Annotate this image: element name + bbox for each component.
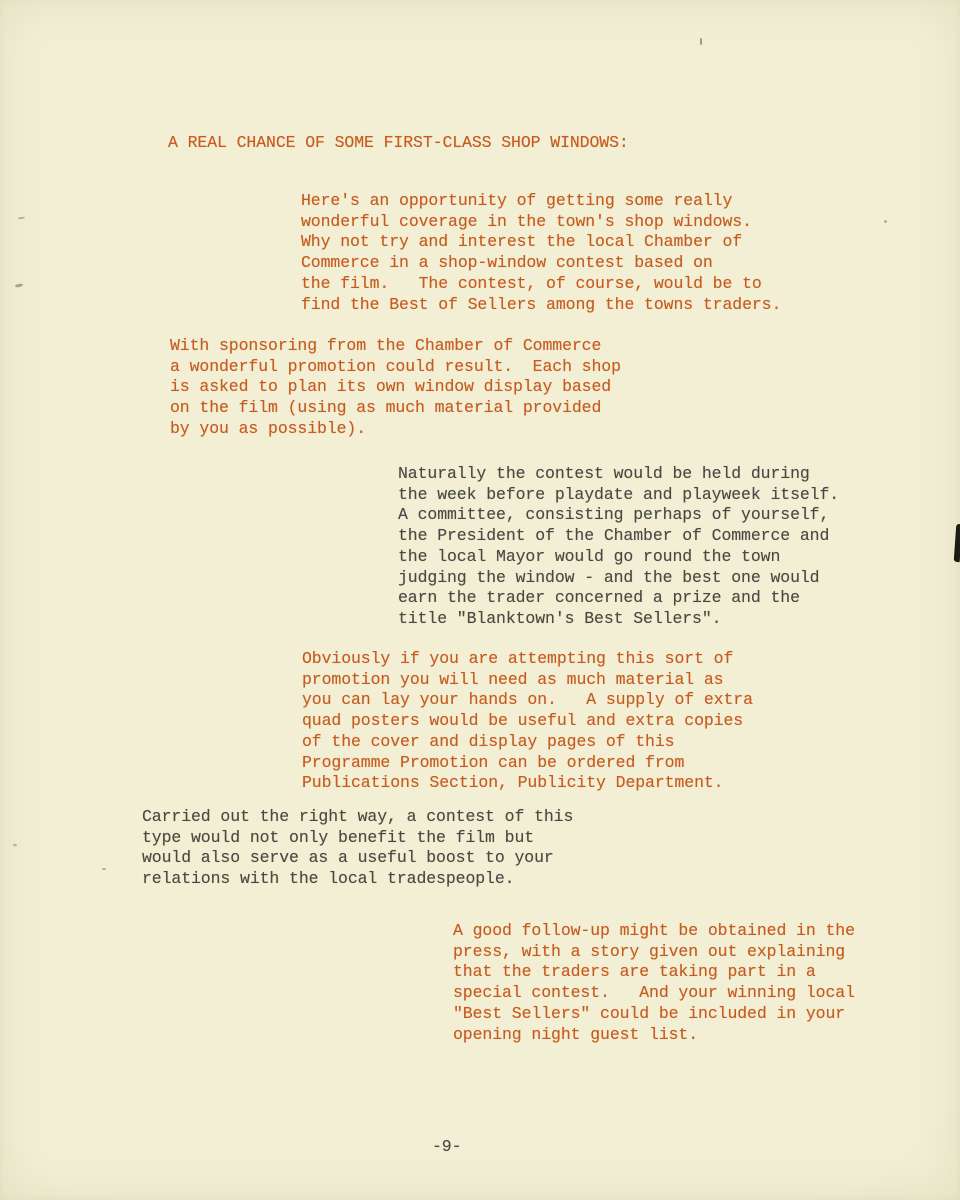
- paragraph-contest-details: Naturally the contest would be held duri…: [398, 464, 839, 630]
- paragraph-materials: Obviously if you are attempting this sor…: [302, 649, 753, 794]
- paragraph-follow-up: A good follow-up might be obtained in th…: [453, 921, 855, 1045]
- scan-artifact-mark: [954, 524, 960, 562]
- paragraph-intro: Here's an opportunity of getting some re…: [301, 191, 781, 315]
- paper-speck: [18, 217, 25, 220]
- page-number: -9-: [432, 1137, 461, 1158]
- paper-speck: [700, 38, 702, 45]
- paragraph-carried-out: Carried out the right way, a contest of …: [142, 807, 573, 890]
- paper-speck: [102, 868, 106, 870]
- paragraph-sponsoring: With sponsoring from the Chamber of Comm…: [170, 336, 621, 440]
- document-page: A REAL CHANCE OF SOME FIRST-CLASS SHOP W…: [0, 0, 960, 1200]
- paper-speck: [15, 283, 23, 288]
- document-heading: A REAL CHANCE OF SOME FIRST-CLASS SHOP W…: [168, 133, 629, 154]
- paper-speck: [13, 843, 17, 846]
- paper-speck: [884, 220, 887, 223]
